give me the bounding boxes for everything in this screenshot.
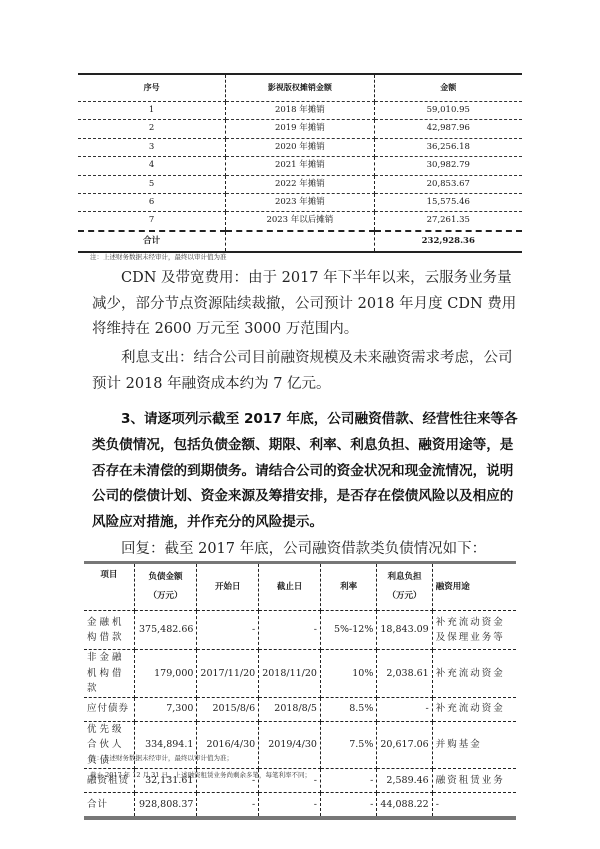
header-no: 序号 (78, 74, 226, 102)
cell-use: 补充流动资金及保理业务等 (432, 611, 516, 650)
table-row: 非金融机构借款 179,000 2017/11/20 2018/11/20 10… (84, 650, 516, 698)
cell-rate: - (320, 793, 376, 819)
cdn-paragraph: CDN 及带宽费用：由于 2017 年下半年以来，云服务业务量减少，部分节点资源… (92, 266, 522, 343)
cell-interest: - (377, 697, 432, 721)
amortization-table: 序号 影视版权摊销金额 金额 1 2018 年摊销 59,010.95 2 20… (78, 73, 522, 253)
total-item (226, 231, 374, 252)
cell-end: - (259, 611, 321, 650)
cell-amount: 20,853.67 (374, 175, 522, 193)
total-row: 合计 232,928.36 (78, 231, 522, 252)
cell-rate: 8.5% (320, 697, 376, 721)
cell-no: 5 (78, 175, 226, 193)
cell-amount: 375,482.66 (134, 611, 197, 650)
reply-paragraph: 回复：截至 2017 年底，公司融资借款类负债情况如下： (92, 537, 522, 563)
header-rate: 利率 (320, 563, 376, 611)
cell-rate: 5%-12% (320, 611, 376, 650)
cell-item: 非金融机构借款 (84, 650, 134, 698)
header-use: 融资用途 (432, 563, 516, 611)
cell-amount: 59,010.95 (374, 102, 522, 120)
cell-interest: 2,589.46 (377, 769, 432, 793)
cell-item: 金融机构借款 (84, 611, 134, 650)
cell-rate: 10% (320, 650, 376, 698)
cell-amount: 928,808.37 (134, 793, 197, 819)
cell-interest: 2,038.61 (377, 650, 432, 698)
cell-amount: 42,987.96 (374, 120, 522, 138)
cell-use: - (432, 793, 516, 819)
header-amount-line1: 负债金额 (138, 568, 194, 587)
cell-start: 2017/11/20 (197, 650, 259, 698)
cell-amount: 15,575.46 (374, 194, 522, 212)
debt-note-2: 截止 2017 年 12 月 31 日，上述融资租赁业务尚剩余多笔，每笔利率不同… (90, 770, 311, 779)
header-interest-line2: （万元） (380, 587, 428, 606)
cell-amount: 36,256.18 (374, 138, 522, 156)
table-row: 4 2021 年摊销 30,982.79 (78, 157, 522, 175)
amortization-note: 注：上述财务数据未经审计，最终以审计值为准 (90, 252, 227, 261)
question-3-paragraph: 3、请逐项列示截至 2017 年底，公司融资借款、经营性往来等各类负债情况，包括… (92, 407, 522, 536)
table-header-row: 序号 影视版权摊销金额 金额 (78, 74, 522, 102)
reply-text: 回复：截至 2017 年底，公司融资借款类负债情况如下： (121, 541, 486, 557)
header-interest-line1: 利息负担 (380, 568, 428, 587)
cell-item: 2019 年摊销 (226, 120, 374, 138)
cell-amount: 179,000 (134, 650, 197, 698)
cell-end: - (259, 793, 321, 819)
cell-amount: 30,982.79 (374, 157, 522, 175)
table-header-row: 项目 负债金额（万元） 开始日 截止日 利率 利息负担（万元） 融资用途 (84, 563, 516, 611)
table-row: 应付债券 7,300 2015/8/6 2018/8/5 8.5% - 补充流动… (84, 697, 516, 721)
cell-interest: 18,843.09 (377, 611, 432, 650)
header-amount-line2: （万元） (138, 587, 194, 606)
cell-start: - (197, 611, 259, 650)
header-item: 影视版权摊销金额 (226, 74, 374, 102)
debt-note-1: 注：上述财务数据未经审计，最终以审计值为准； (90, 753, 233, 762)
total-amount: 232,928.36 (374, 231, 522, 252)
cell-no: 3 (78, 138, 226, 156)
cell-end: 2019/4/30 (259, 721, 321, 769)
cell-interest: 44,088.22 (377, 793, 432, 819)
cdn-text: CDN 及带宽费用：由于 2017 年下半年以来，云服务业务量减少，部分节点资源… (92, 270, 516, 337)
cell-no: 1 (78, 102, 226, 120)
cell-use: 补充流动资金 (432, 650, 516, 698)
cell-use: 并购基金 (432, 721, 516, 769)
cell-no: 2 (78, 120, 226, 138)
cell-use: 补充流动资金 (432, 697, 516, 721)
cell-item: 合计 (84, 793, 134, 819)
cell-item: 2020 年摊销 (226, 138, 374, 156)
total-label: 合计 (78, 231, 226, 252)
table-row: 7 2023 年以后摊销 27,261.35 (78, 212, 522, 231)
cell-interest: 20,617.06 (377, 721, 432, 769)
table-row: 1 2018 年摊销 59,010.95 (78, 102, 522, 120)
table-row: 金融机构借款 375,482.66 - - 5%-12% 18,843.09 补… (84, 611, 516, 650)
cell-end: 2018/8/5 (259, 697, 321, 721)
cell-end: 2018/11/20 (259, 650, 321, 698)
header-item: 项目 (84, 563, 134, 611)
interest-paragraph: 利息支出：结合公司目前融资规模及未来融资需求考虑，公司预计 2018 年融资成本… (92, 346, 522, 397)
table-row: 2 2019 年摊销 42,987.96 (78, 120, 522, 138)
interest-text: 利息支出：结合公司目前融资规模及未来融资需求考虑，公司预计 2018 年融资成本… (92, 350, 513, 392)
table-row: 3 2020 年摊销 36,256.18 (78, 138, 522, 156)
table-row: 6 2023 年摊销 15,575.46 (78, 194, 522, 212)
header-interest: 利息负担（万元） (377, 563, 432, 611)
cell-no: 4 (78, 157, 226, 175)
cell-item: 应付债券 (84, 697, 134, 721)
cell-item: 2023 年摊销 (226, 194, 374, 212)
table-row: 5 2022 年摊销 20,853.67 (78, 175, 522, 193)
cell-rate: - (320, 769, 376, 793)
header-amount: 金额 (374, 74, 522, 102)
cell-use: 融资租赁业务 (432, 769, 516, 793)
cell-amount: 7,300 (134, 697, 197, 721)
cell-amount: 27,261.35 (374, 212, 522, 231)
cell-rate: 7.5% (320, 721, 376, 769)
header-end: 截止日 (259, 563, 321, 611)
total-row: 合计 928,808.37 - - - 44,088.22 - (84, 793, 516, 819)
cell-start: - (197, 793, 259, 819)
question-3-text: 3、请逐项列示截至 2017 年底，公司融资借款、经营性往来等各类负债情况，包括… (92, 411, 518, 530)
cell-start: 2015/8/6 (197, 697, 259, 721)
cell-item: 2021 年摊销 (226, 157, 374, 175)
header-amount: 负债金额（万元） (134, 563, 197, 611)
debt-table: 项目 负债金额（万元） 开始日 截止日 利率 利息负担（万元） 融资用途 金融机… (84, 561, 516, 820)
cell-no: 7 (78, 212, 226, 231)
cell-item: 2022 年摊销 (226, 175, 374, 193)
header-start: 开始日 (197, 563, 259, 611)
cell-item: 2023 年以后摊销 (226, 212, 374, 231)
cell-no: 6 (78, 194, 226, 212)
cell-item: 2018 年摊销 (226, 102, 374, 120)
